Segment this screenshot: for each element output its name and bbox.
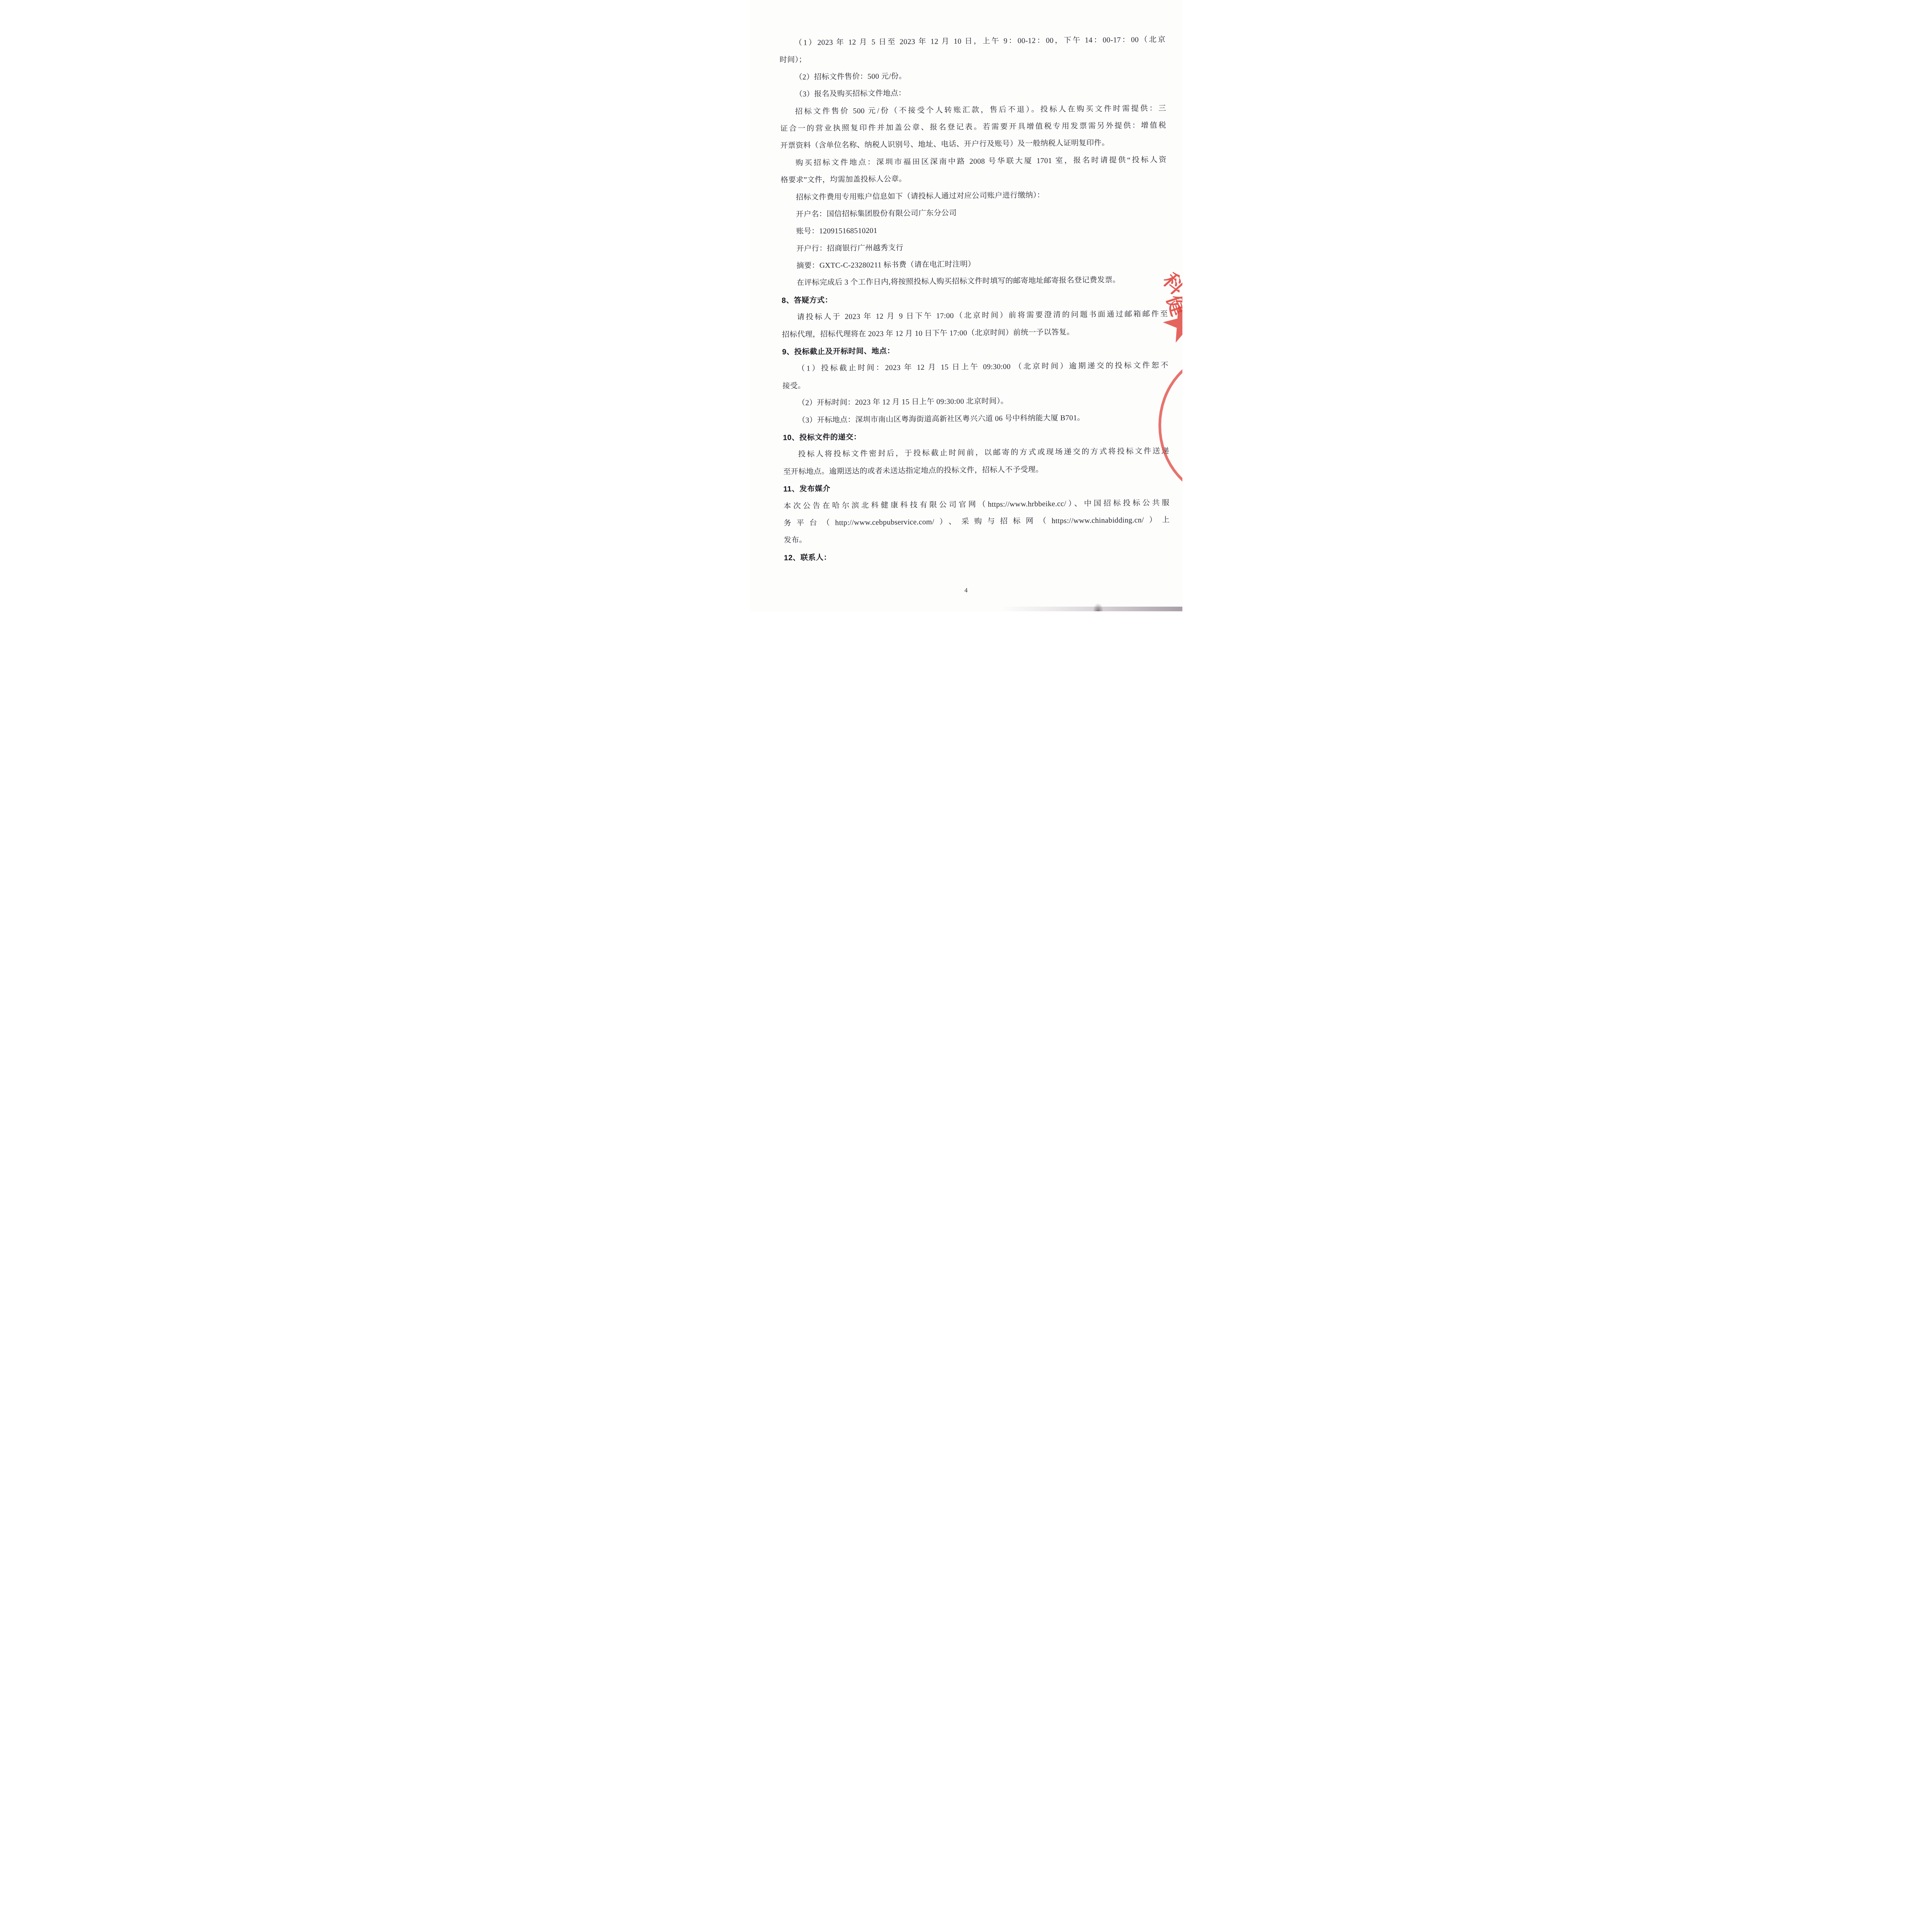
document-content: （1）2023 年 12 月 5 日至 2023 年 12 月 10 日，上午 … — [779, 31, 1170, 566]
page-number: 4 — [750, 587, 1182, 594]
text-line: 在评标完成后 3 个工作日内,将按照投标人购买招标文件时填写的邮寄地址邮寄报名登… — [781, 272, 1167, 292]
section-heading: 12、联系人： — [784, 546, 1170, 566]
text-line: 投标人将投标文件密封后，于投标截止时间前，以邮寄的方式或现场递交的方式将投标文件… — [783, 443, 1169, 464]
page-curl-shadow-blob — [1093, 604, 1103, 611]
text-line: 务平台（http://www.cebpubservice.com/）、采购与招标… — [783, 512, 1169, 532]
text-line: （1）2023 年 12 月 5 日至 2023 年 12 月 10 日，上午 … — [779, 31, 1165, 52]
scanned-document-page: （1）2023 年 12 月 5 日至 2023 年 12 月 10 日，上午 … — [750, 0, 1182, 611]
text-line: 购买招标文件地点：深圳市福田区深南中路 2008 号华联大厦 1701 室，报名… — [780, 151, 1166, 172]
text-line: 请投标人于 2023 年 12 月 9 日下午 17:00（北京时间）前将需要澄… — [782, 306, 1168, 327]
page-curl-shadow — [1001, 607, 1182, 611]
text-line: （1）投标截止时间：2023 年 12 月 15 日上午 09:30:00 （北… — [782, 357, 1168, 378]
